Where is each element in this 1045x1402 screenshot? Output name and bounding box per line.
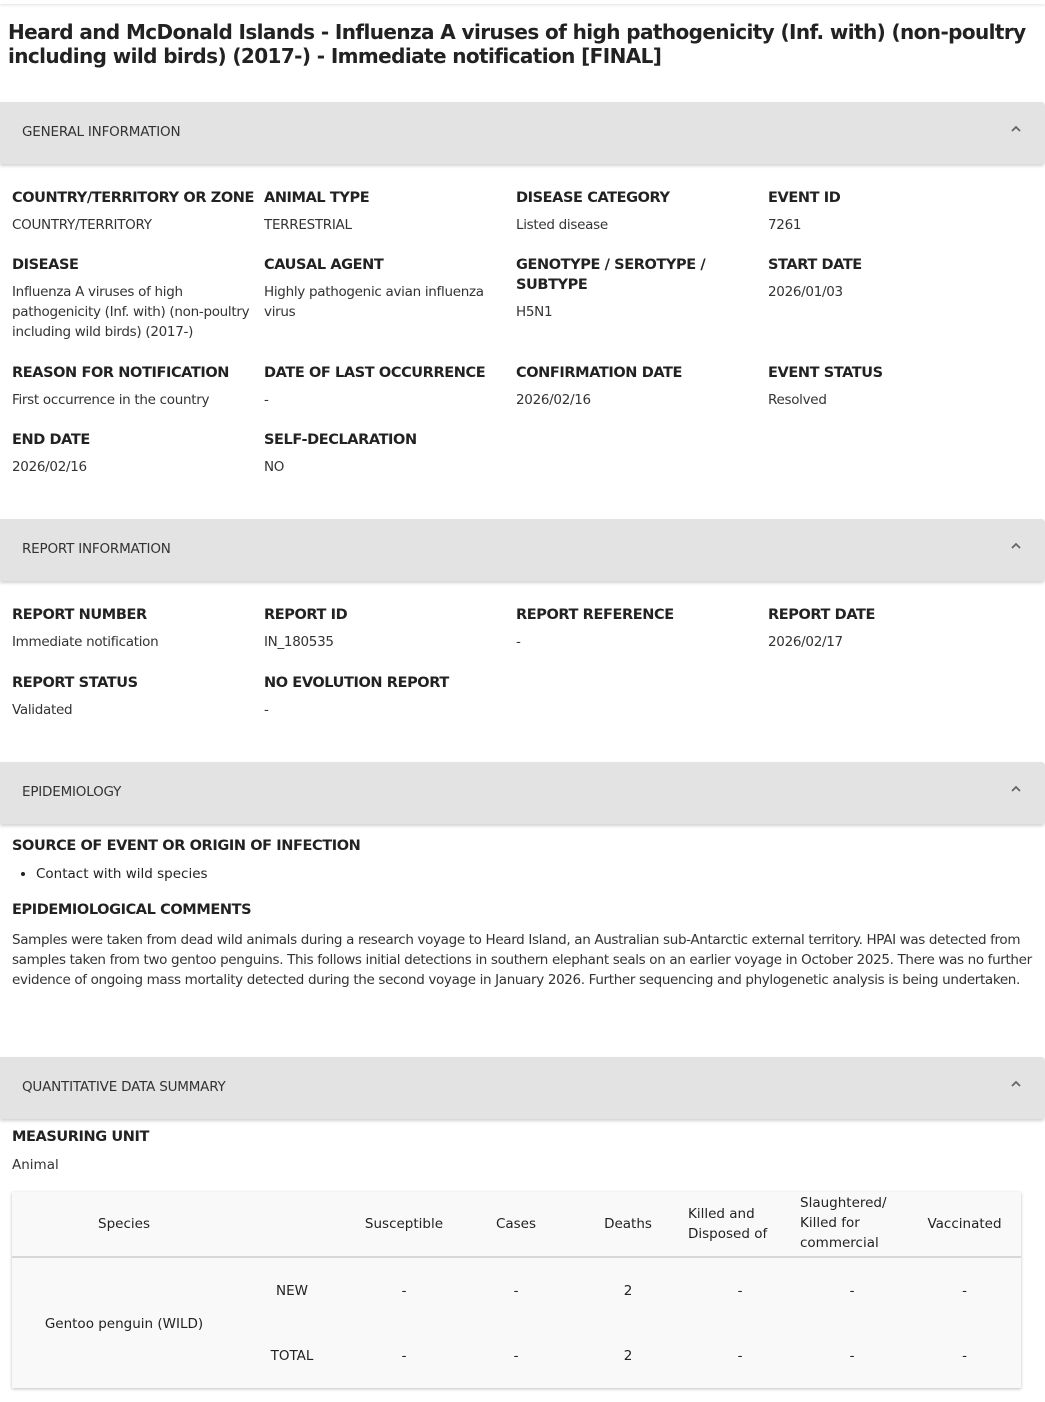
column-header-species: Species xyxy=(12,1192,236,1257)
field-label: GENOTYPE / SEROTYPE / SUBTYPE xyxy=(516,255,716,295)
table-cell: - xyxy=(796,1323,908,1389)
field-label: END DATE xyxy=(12,430,262,450)
field-label: START DATE xyxy=(768,255,1018,275)
column-header-label: Slaughtered/ Killed for commercial use xyxy=(800,1193,904,1256)
table-cell: 2 xyxy=(572,1257,684,1323)
field-causal-agent: CAUSAL AGENT Highly pathogenic avian inf… xyxy=(264,255,514,322)
column-header-vaccinated: Vaccinated xyxy=(908,1192,1021,1257)
field-genotype-serotype-subtype: GENOTYPE / SEROTYPE / SUBTYPE H5N1 xyxy=(516,255,766,322)
field-report-id: REPORT ID IN_180535 xyxy=(264,605,514,652)
source-list: Contact with wild species xyxy=(12,866,208,882)
column-header-slaughtered-killed-for-commercial-use: Slaughtered/ Killed for commercial use xyxy=(796,1192,908,1257)
field-end-date: END DATE 2026/02/16 xyxy=(12,430,262,477)
table-cell: - xyxy=(460,1323,572,1389)
field-label: COUNTRY/TERRITORY OR ZONE xyxy=(12,188,262,208)
page-title: Heard and McDonald Islands - Influenza A… xyxy=(8,20,1028,68)
field-disease: DISEASE Influenza A viruses of high path… xyxy=(12,255,262,342)
epidemiological-comments-text: Samples were taken from dead wild animal… xyxy=(12,930,1032,990)
chevron-up-icon[interactable] xyxy=(1009,782,1023,796)
field-label: CONFIRMATION DATE xyxy=(516,363,766,383)
section-title: QUANTITATIVE DATA SUMMARY xyxy=(22,1079,226,1095)
field-value: - xyxy=(516,632,766,652)
row-type-new: NEW xyxy=(236,1257,348,1323)
field-label: REPORT ID xyxy=(264,605,514,625)
table-cell: - xyxy=(348,1257,460,1323)
column-header-label: Cases xyxy=(496,1214,536,1234)
field-value: 2026/01/03 xyxy=(768,282,1018,302)
field-label: REPORT STATUS xyxy=(12,673,262,693)
field-label: CAUSAL AGENT xyxy=(264,255,514,275)
source-of-event-heading: SOURCE OF EVENT OR ORIGIN OF INFECTION xyxy=(12,838,360,854)
field-value: First occurrence in the country xyxy=(12,390,262,410)
top-bar-shadow xyxy=(0,0,1045,4)
column-header-deaths: Deaths xyxy=(572,1192,684,1257)
column-header-cases: Cases xyxy=(460,1192,572,1257)
field-report-date: REPORT DATE 2026/02/17 xyxy=(768,605,1018,652)
field-event-status: EVENT STATUS Resolved xyxy=(768,363,1018,410)
table-header-row: SpeciesSusceptibleCasesDeathsKilled and … xyxy=(12,1192,1021,1257)
column-header-label: Killed and Disposed of xyxy=(688,1204,792,1244)
field-value: Resolved xyxy=(768,390,1018,410)
section-header-quantitative-data-summary[interactable]: QUANTITATIVE DATA SUMMARY xyxy=(0,1057,1045,1119)
column-header-label: Species xyxy=(98,1214,150,1234)
epidemiological-comments-heading: EPIDEMIOLOGICAL COMMENTS xyxy=(12,902,251,918)
field-value: Highly pathogenic avian influenza virus xyxy=(264,282,514,322)
list-item: Contact with wild species xyxy=(36,866,208,882)
column-header-label: Susceptible xyxy=(365,1214,443,1234)
field-reason-for-notification: REASON FOR NOTIFICATION First occurrence… xyxy=(12,363,262,410)
field-label: DISEASE xyxy=(12,255,262,275)
field-date-of-last-occurrence: DATE OF LAST OCCURRENCE - xyxy=(264,363,514,410)
field-label: REASON FOR NOTIFICATION xyxy=(12,363,262,383)
field-value: 2026/02/17 xyxy=(768,632,1018,652)
field-label: EVENT ID xyxy=(768,188,1018,208)
table-cell: - xyxy=(796,1257,908,1323)
field-label: REPORT REFERENCE xyxy=(516,605,766,625)
field-animal-type: ANIMAL TYPE TERRESTRIAL xyxy=(264,188,514,235)
table-cell: - xyxy=(460,1257,572,1323)
field-label: NO EVOLUTION REPORT xyxy=(264,673,514,693)
field-confirmation-date: CONFIRMATION DATE 2026/02/16 xyxy=(516,363,766,410)
field-start-date: START DATE 2026/01/03 xyxy=(768,255,1018,302)
quantitative-table-card: SpeciesSusceptibleCasesDeathsKilled and … xyxy=(12,1192,1021,1388)
column-header-label: Deaths xyxy=(604,1214,652,1234)
section-header-general-information[interactable]: GENERAL INFORMATION xyxy=(0,102,1045,164)
section-header-report-information[interactable]: REPORT INFORMATION xyxy=(0,519,1045,581)
section-title: GENERAL INFORMATION xyxy=(22,124,180,140)
chevron-up-icon[interactable] xyxy=(1009,122,1023,136)
field-value: Listed disease xyxy=(516,215,766,235)
quantitative-table: SpeciesSusceptibleCasesDeathsKilled and … xyxy=(12,1192,1021,1389)
field-country-territory-or-zone: COUNTRY/TERRITORY OR ZONE COUNTRY/TERRIT… xyxy=(12,188,262,235)
field-value: TERRESTRIAL xyxy=(264,215,514,235)
column-header-label: Vaccinated xyxy=(927,1214,1001,1234)
field-report-status: REPORT STATUS Validated xyxy=(12,673,262,720)
row-type-total: TOTAL xyxy=(236,1323,348,1389)
field-value: Immediate notification xyxy=(12,632,262,652)
table-cell: - xyxy=(684,1257,796,1323)
field-report-reference: REPORT REFERENCE - xyxy=(516,605,766,652)
column-header-killed-and-disposed-of: Killed and Disposed of xyxy=(684,1192,796,1257)
section-header-epidemiology[interactable]: EPIDEMIOLOGY xyxy=(0,762,1045,824)
section-title: REPORT INFORMATION xyxy=(22,541,171,557)
field-value: 2026/02/16 xyxy=(516,390,766,410)
table-cell: - xyxy=(348,1323,460,1389)
field-value: 7261 xyxy=(768,215,1018,235)
field-value: Validated xyxy=(12,700,262,720)
table-cell: 2 xyxy=(572,1323,684,1389)
chevron-up-icon[interactable] xyxy=(1009,1077,1023,1091)
measuring-unit-value: Animal xyxy=(12,1157,59,1173)
table-row: Gentoo penguin (WILD)NEW--2--- xyxy=(12,1257,1021,1323)
field-self-declaration: SELF-DECLARATION NO xyxy=(264,430,514,477)
field-label: DATE OF LAST OCCURRENCE xyxy=(264,363,514,383)
table-cell: - xyxy=(908,1323,1021,1389)
chevron-up-icon[interactable] xyxy=(1009,539,1023,553)
field-label: ANIMAL TYPE xyxy=(264,188,514,208)
field-no-evolution-report: NO EVOLUTION REPORT - xyxy=(264,673,514,720)
field-value: IN_180535 xyxy=(264,632,514,652)
field-value: 2026/02/16 xyxy=(12,457,262,477)
field-label: EVENT STATUS xyxy=(768,363,1018,383)
field-label: REPORT DATE xyxy=(768,605,1018,625)
field-value: - xyxy=(264,700,514,720)
column-header-row-type xyxy=(236,1192,348,1257)
table-cell: - xyxy=(908,1257,1021,1323)
column-header-susceptible: Susceptible xyxy=(348,1192,460,1257)
field-value: Influenza A viruses of high pathogenicit… xyxy=(12,282,262,342)
field-value: COUNTRY/TERRITORY xyxy=(12,215,262,235)
table-cell: - xyxy=(684,1323,796,1389)
field-label: REPORT NUMBER xyxy=(12,605,262,625)
species-cell: Gentoo penguin (WILD) xyxy=(12,1257,236,1389)
field-value: NO xyxy=(264,457,514,477)
field-event-id: EVENT ID 7261 xyxy=(768,188,1018,235)
measuring-unit-label: MEASURING UNIT xyxy=(12,1129,149,1145)
section-title: EPIDEMIOLOGY xyxy=(22,784,121,800)
field-value: - xyxy=(264,390,514,410)
field-disease-category: DISEASE CATEGORY Listed disease xyxy=(516,188,766,235)
field-label: SELF-DECLARATION xyxy=(264,430,514,450)
field-value: H5N1 xyxy=(516,302,766,322)
field-label: DISEASE CATEGORY xyxy=(516,188,766,208)
field-report-number: REPORT NUMBER Immediate notification xyxy=(12,605,262,652)
